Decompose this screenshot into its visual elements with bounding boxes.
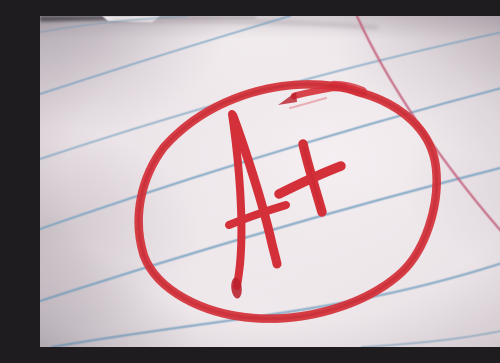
graded-paper-photo: A+ — [40, 16, 500, 347]
photo-vignette — [40, 16, 500, 347]
photo-canvas — [40, 16, 500, 347]
